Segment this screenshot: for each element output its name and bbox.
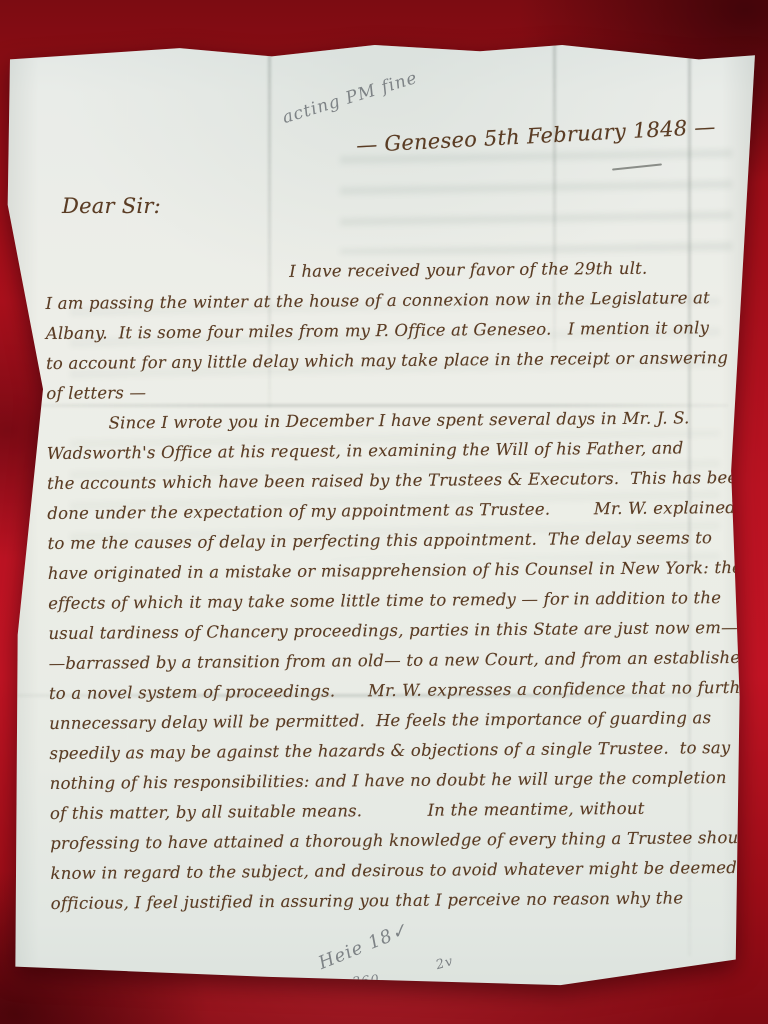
bottom-pencil-number: 360 [351, 973, 380, 991]
ink-bleed-through [340, 146, 732, 254]
letter-paper: acting PM fine — Geneseo 5th February 18… [0, 0, 768, 1024]
letter-photograph: acting PM fine — Geneseo 5th February 18… [0, 0, 768, 1024]
paper-shadow-wrap: acting PM fine — Geneseo 5th February 18… [0, 0, 768, 1024]
bottom-pencil-annotation: Heie 18✓ [316, 919, 411, 974]
bottom-pencil-side-mark: 2v [434, 954, 455, 973]
letter-line: to account for any little delay which ma… [46, 343, 732, 379]
letter-body: I have received your favor of the 29th u… [45, 253, 737, 919]
top-pencil-annotation: acting PM fine [280, 68, 420, 128]
letter-line: officious, I feel justified in assuring … [51, 883, 737, 919]
letter-salutation: Dear Sir: [62, 194, 161, 218]
